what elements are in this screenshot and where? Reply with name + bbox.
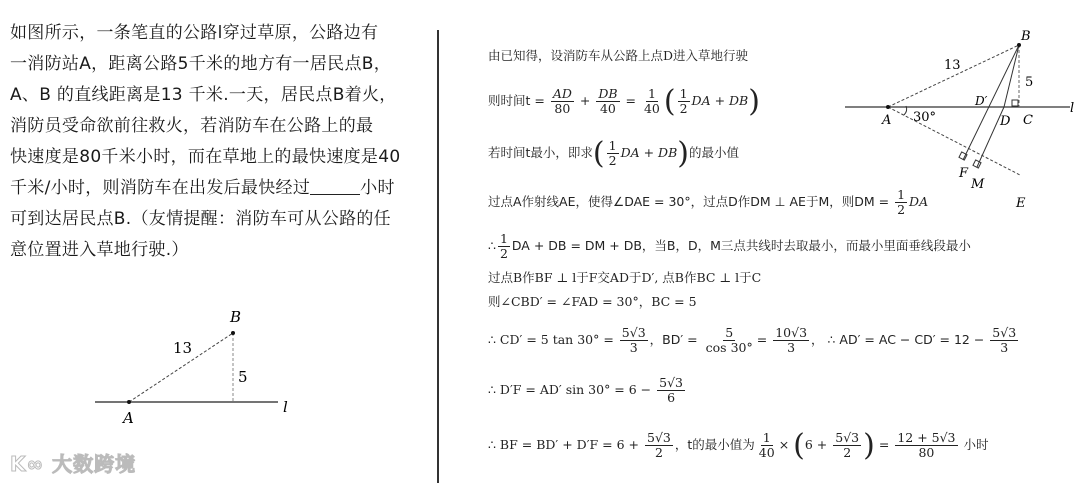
problem-line: 千米/小时，则消防车在出发后最快经过小时 [10, 173, 420, 204]
label-5: 5 [238, 368, 248, 386]
solution-line-2: 则时间t = AD80 + DB40 = 140(12DA + DB) [488, 84, 760, 119]
label-a: A [881, 113, 891, 128]
label-e: E [1015, 196, 1026, 210]
problem-line: 消防员受命欲前往救火，若消防车在公路上的最 [10, 111, 420, 142]
label-l: l [1070, 101, 1074, 116]
solution-line-5: ∴12DA + DB = DM + DB，当B，D，M三点共线时去取最小，而最小… [488, 232, 971, 261]
solution-line-1: 由已知得，设消防车从公路上点D进入草地行驶 [488, 46, 748, 64]
answer-blank [310, 176, 360, 195]
problem-statement: 如图所示，一条笔直的公路l穿过草原，公路边有 一消防站A，距离公路5千米的地方有… [10, 18, 420, 266]
label-b: B [229, 308, 241, 326]
problem-line: 可到达居民点B.（友情提醒：消防车可从公路的任 [10, 204, 420, 235]
label-13: 13 [173, 339, 192, 357]
label-m: M [970, 177, 985, 192]
label-b: B [1020, 29, 1031, 44]
solution-line-6: 过点B作BF ⊥ l于F交AD于D′, 点B作BC ⊥ l于C [488, 268, 761, 286]
solution-line-7: 则∠CBD′ = ∠FAD = 30°，BC = 5 [488, 292, 697, 310]
label-angle: 30° [913, 110, 936, 125]
solution-line-8: ∴ CD′ = 5 tan 30° = 5√33，BD′ = 5cos 30°=… [488, 326, 1020, 355]
column-divider [437, 30, 439, 483]
label-d: D [999, 114, 1011, 129]
label-5: 5 [1025, 75, 1033, 90]
label-l: l [283, 398, 288, 416]
problem-line: 如图所示，一条笔直的公路l穿过草原，公路边有 [10, 18, 420, 49]
problem-line: 快速度是80千米小时，而在草地上的最快速度是40 [10, 142, 420, 173]
solution-figure: B A C D D′ F M E l 13 5 30° [840, 20, 1080, 210]
problem-line: 意位置进入草地行驶.） [10, 235, 420, 266]
solution-line-10: ∴ BF = BD′ + D′F = 6 + 5√32，t的最小值为140× (… [488, 428, 989, 463]
problem-figure: B A l 13 5 [90, 300, 310, 430]
label-a: A [121, 409, 134, 427]
problem-line: A、B 的直线距离是13 千米.一天，居民点B着火， [10, 80, 420, 111]
watermark-logo: K∞ 大数跨境 [10, 448, 136, 477]
solution-line-9: ∴ D′F = AD′ sin 30° = 6 − 5√36 [488, 376, 687, 405]
label-f: F [958, 166, 969, 181]
solution-line-3: 若时间t最小，即求(12DA + DB)的最小值 [488, 136, 739, 171]
label-c: C [1023, 113, 1033, 128]
solution-line-4: 过点A作射线AE，使得∠DAE = 30°，过点D作DM ⊥ AE于M，则DM … [488, 188, 928, 217]
problem-line: 一消防站A，距离公路5千米的地方有一居民点B， [10, 49, 420, 80]
label-d-prime: D′ [974, 94, 988, 108]
label-13: 13 [944, 58, 961, 73]
